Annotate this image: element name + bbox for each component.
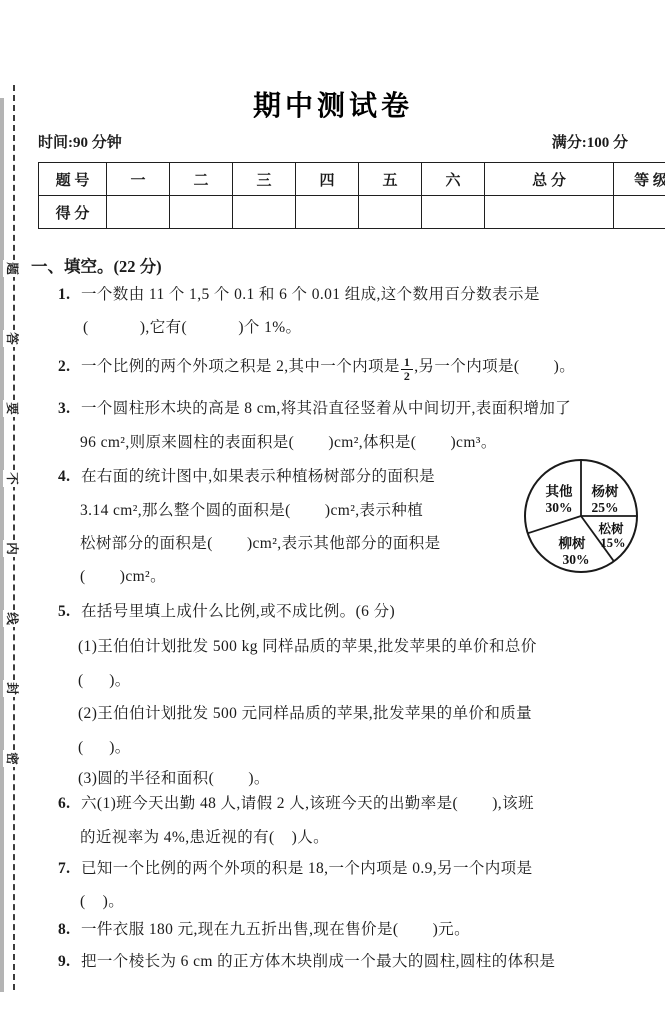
question-8-number: 8.	[58, 919, 81, 941]
score-table: 题 号 一 二 三 四 五 六 总 分 等 级 得 分	[38, 162, 665, 229]
pie-pct-poplar: 25%	[592, 500, 619, 515]
score-cell	[233, 196, 296, 229]
score-cell-grade	[614, 196, 665, 229]
seal-text-char: 封	[3, 680, 20, 697]
seal-text-char: 不	[3, 470, 20, 487]
question-4-line-3: 松树部分的面积是( )cm²,表示其他部分的面积是	[80, 533, 441, 555]
question-4-text: 在右面的统计图中,如果表示种植杨树部分的面积是	[81, 468, 435, 485]
question-4-line-2: 3.14 cm²,那么整个圆的面积是( )cm²,表示种植	[80, 500, 423, 522]
pie-label-willow: 柳树	[559, 535, 587, 551]
question-6-text: 六(1)班今天出勤 48 人,请假 2 人,该班今天的出勤率是( ),该班	[81, 795, 534, 812]
question-1-number: 1.	[58, 284, 81, 306]
question-5-sub-2-blank: ( )。	[78, 737, 131, 759]
question-2-text-post: ,另一个内项是( )。	[414, 358, 575, 375]
seal-text-char: 答	[3, 330, 20, 347]
score-table-header-row: 题 号 一 二 三 四 五 六 总 分 等 级	[39, 163, 665, 196]
score-cell-total	[485, 196, 614, 229]
question-2-number: 2.	[58, 356, 81, 378]
score-row-label: 得 分	[39, 196, 107, 229]
pie-label-other: 其他	[546, 483, 574, 499]
seal-dashed-line	[13, 85, 15, 990]
pie-pct-other: 30%	[546, 500, 573, 515]
question-2-line-1: 2.一个比例的两个外项之积是 2,其中一个内项是12,另一个内项是( )。	[58, 356, 575, 383]
question-6-number: 6.	[58, 793, 81, 815]
pie-label-poplar: 杨树	[592, 483, 620, 499]
header-part-1: 一	[107, 163, 170, 196]
question-6-line-1: 6.六(1)班今天出勤 48 人,请假 2 人,该班今天的出勤率是( ),该班	[58, 793, 534, 815]
question-5-sub-1: (1)王伯伯计划批发 500 kg 同样品质的苹果,批发苹果的单价和总价	[78, 636, 537, 658]
question-7-line-1: 7.已知一个比例的两个外项的积是 18,一个内项是 0.9,另一个内项是	[58, 858, 532, 880]
seal-text-char: 密	[3, 750, 20, 767]
question-1-line-2: ( ),它有( )个 1%。	[83, 317, 301, 339]
question-1-text: 一个数由 11 个 1,5 个 0.1 和 6 个 0.01 组成,这个数用百分…	[81, 286, 540, 303]
question-5-line-1: 5.在括号里填上成什么比例,或不成比例。(6 分)	[58, 601, 395, 623]
score-cell	[170, 196, 233, 229]
question-5-sub-2: (2)王伯伯计划批发 500 元同样品质的苹果,批发苹果的单价和质量	[78, 703, 532, 725]
question-3-text: 一个圆柱形木块的高是 8 cm,将其沿直径竖着从中间切开,表面积增加了	[81, 400, 571, 417]
header-part-2: 二	[170, 163, 233, 196]
pie-pct-pine: 15%	[601, 536, 626, 550]
paper-meta: 时间:90 分钟 满分:100 分	[38, 131, 628, 152]
fraction-one-half: 12	[401, 356, 413, 382]
header-total: 总 分	[485, 163, 614, 196]
seal-text-char: 题	[3, 260, 20, 277]
header-part-3: 三	[233, 163, 296, 196]
question-5-number: 5.	[58, 601, 81, 623]
question-9-line-1: 9.把一个棱长为 6 cm 的正方体木块削成一个最大的圆柱,圆柱的体积是	[58, 951, 555, 973]
pie-pct-willow: 30%	[563, 552, 590, 567]
question-5-sub-3: (3)圆的半径和面积( )。	[78, 768, 270, 790]
question-4-line-1: 4.在右面的统计图中,如果表示种植杨树部分的面积是	[58, 466, 435, 488]
header-question-no: 题 号	[39, 163, 107, 196]
seal-text-char: 要	[3, 400, 20, 417]
question-3-line-1: 3.一个圆柱形木块的高是 8 cm,将其沿直径竖着从中间切开,表面积增加了	[58, 398, 571, 420]
seal-text-char: 线	[3, 610, 20, 627]
seal-text-char: 内	[3, 540, 20, 557]
score-table-score-row: 得 分	[39, 196, 665, 229]
header-part-6: 六	[422, 163, 485, 196]
header-grade: 等 级	[614, 163, 665, 196]
question-1-line-1: 1.一个数由 11 个 1,5 个 0.1 和 6 个 0.01 组成,这个数用…	[58, 284, 540, 306]
score-cell	[296, 196, 359, 229]
page-title: 期中测试卷	[38, 84, 628, 124]
time-limit-label: 时间:90 分钟	[38, 131, 122, 152]
header-part-5: 五	[359, 163, 422, 196]
question-8-line-1: 8.一件衣服 180 元,现在九五折出售,现在售价是( )元。	[58, 919, 470, 941]
question-5-text: 在括号里填上成什么比例,或不成比例。(6 分)	[81, 603, 395, 620]
question-4-number: 4.	[58, 466, 81, 488]
section-1-heading: 一、填空。(22 分)	[31, 253, 162, 277]
question-9-number: 9.	[58, 951, 81, 973]
question-5-sub-1-blank: ( )。	[78, 670, 131, 692]
question-7-number: 7.	[58, 858, 81, 880]
question-2-text-pre: 一个比例的两个外项之积是 2,其中一个内项是	[81, 358, 400, 375]
score-cell	[359, 196, 422, 229]
score-cell	[422, 196, 485, 229]
question-7-line-2: ( )。	[80, 891, 124, 913]
test-paper-page: 题 答 要 不 内 线 封 密 期中测试卷 时间:90 分钟 满分:100 分 …	[0, 0, 665, 1024]
score-cell	[107, 196, 170, 229]
question-3-number: 3.	[58, 398, 81, 420]
pie-label-pine: 松树	[597, 521, 624, 536]
question-3-line-2: 96 cm²,则原来圆柱的表面积是( )cm²,体积是( )cm³。	[80, 432, 497, 454]
question-4-line-4: ( )cm²。	[80, 566, 166, 588]
question-9-text: 把一个棱长为 6 cm 的正方体木块削成一个最大的圆柱,圆柱的体积是	[81, 953, 555, 970]
question-8-text: 一件衣服 180 元,现在九五折出售,现在售价是( )元。	[81, 921, 470, 938]
question-7-text: 已知一个比例的两个外项的积是 18,一个内项是 0.9,另一个内项是	[81, 860, 532, 877]
question-6-line-2: 的近视率为 4%,患近视的有( )人。	[80, 827, 329, 849]
pie-chart: 其他 30% 杨树 25% 松树 15% 柳树 30%	[520, 454, 642, 578]
header-part-4: 四	[296, 163, 359, 196]
full-score-label: 满分:100 分	[552, 131, 628, 152]
